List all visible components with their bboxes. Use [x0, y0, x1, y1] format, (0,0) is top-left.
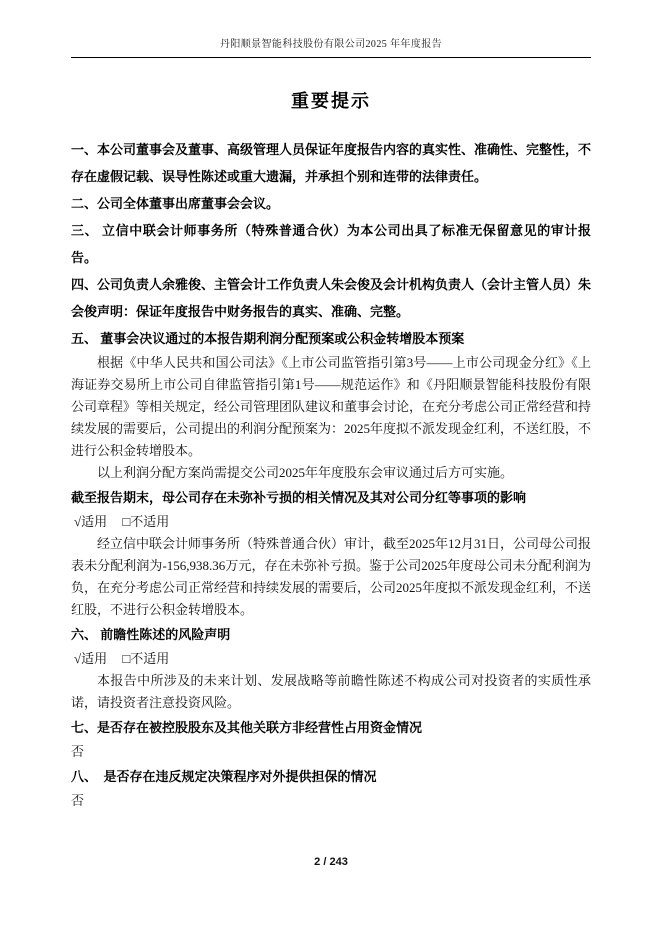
page-body: 一、本公司董事会及董事、高级管理人员保证年度报告内容的真实性、准确性、完整性，不… [71, 136, 591, 812]
forward-statement-risk-para: 本报告中所涉及的未来计划、发展战略等前瞻性陈述不构成公司对投资者的实质性承诺，请… [71, 670, 591, 714]
page-title: 重要提示 [0, 90, 662, 112]
section-4-responsibility-statement: 四、公司负责人余雅俊、主管会计工作负责人朱会俊及会计机构负责人（会计主管人员）朱… [71, 271, 591, 325]
profit-distribution-basis-para: 根据《中华人民共和国公司法》《上市公司监管指引第3号——上市公司现金分红》《上海… [71, 352, 591, 462]
section-8-heading: 八、 是否存在违反规定决策程序对外提供担保的情况 [71, 763, 591, 790]
page-number: 2 / 243 [0, 856, 662, 868]
not-applicable-unchecked-option: □不适用 [122, 651, 169, 666]
profit-distribution-approval-para: 以上利润分配方案尚需提交公司2025年年度股东会审议通过后方可实施。 [71, 462, 591, 484]
section-6-heading: 六、 前瞻性陈述的风险声明 [71, 621, 591, 648]
page-header: 丹阳顺景智能科技股份有限公司2025 年年度报告 [71, 0, 591, 58]
not-applicable-unchecked-option: □不适用 [122, 514, 169, 529]
uncovered-loss-heading: 截至报告期末，母公司存在未弥补亏损的相关情况及其对公司分红等事项的影响 [71, 484, 591, 511]
section-1-board-statement: 一、本公司董事会及董事、高级管理人员保证年度报告内容的真实性、准确性、完整性，不… [71, 136, 591, 190]
section-5-heading: 五、 董事会决议通过的本报告期利润分配预案或公积金转增股本预案 [71, 325, 591, 352]
applicable-checked-option: √适用 [74, 514, 107, 529]
section-2-attendance-statement: 二、公司全体董事出席董事会会议。 [71, 190, 591, 217]
report-page: 丹阳顺景智能科技股份有限公司2025 年年度报告 重要提示 一、本公司董事会及董… [0, 0, 662, 936]
section-3-audit-statement: 三、 立信中联会计师事务所（特殊普通合伙）为本公司出具了标准无保留意见的审计报告… [71, 217, 591, 271]
forward-statement-checkbox-line: √适用 □不适用 [71, 648, 591, 670]
applicable-checked-option: √适用 [74, 651, 107, 666]
uncovered-loss-detail-para: 经立信中联会计师事务所（特殊普通合伙）审计，截至2025年12月31日，公司母公… [71, 533, 591, 621]
uncovered-loss-checkbox-line: √适用 □不适用 [71, 511, 591, 533]
section-8-answer: 否 [71, 790, 591, 812]
section-7-answer: 否 [71, 741, 591, 763]
section-7-heading: 七、是否存在被控股股东及其他关联方非经营性占用资金情况 [71, 714, 591, 741]
running-header: 丹阳顺景智能科技股份有限公司2025 年年度报告 [71, 38, 591, 57]
